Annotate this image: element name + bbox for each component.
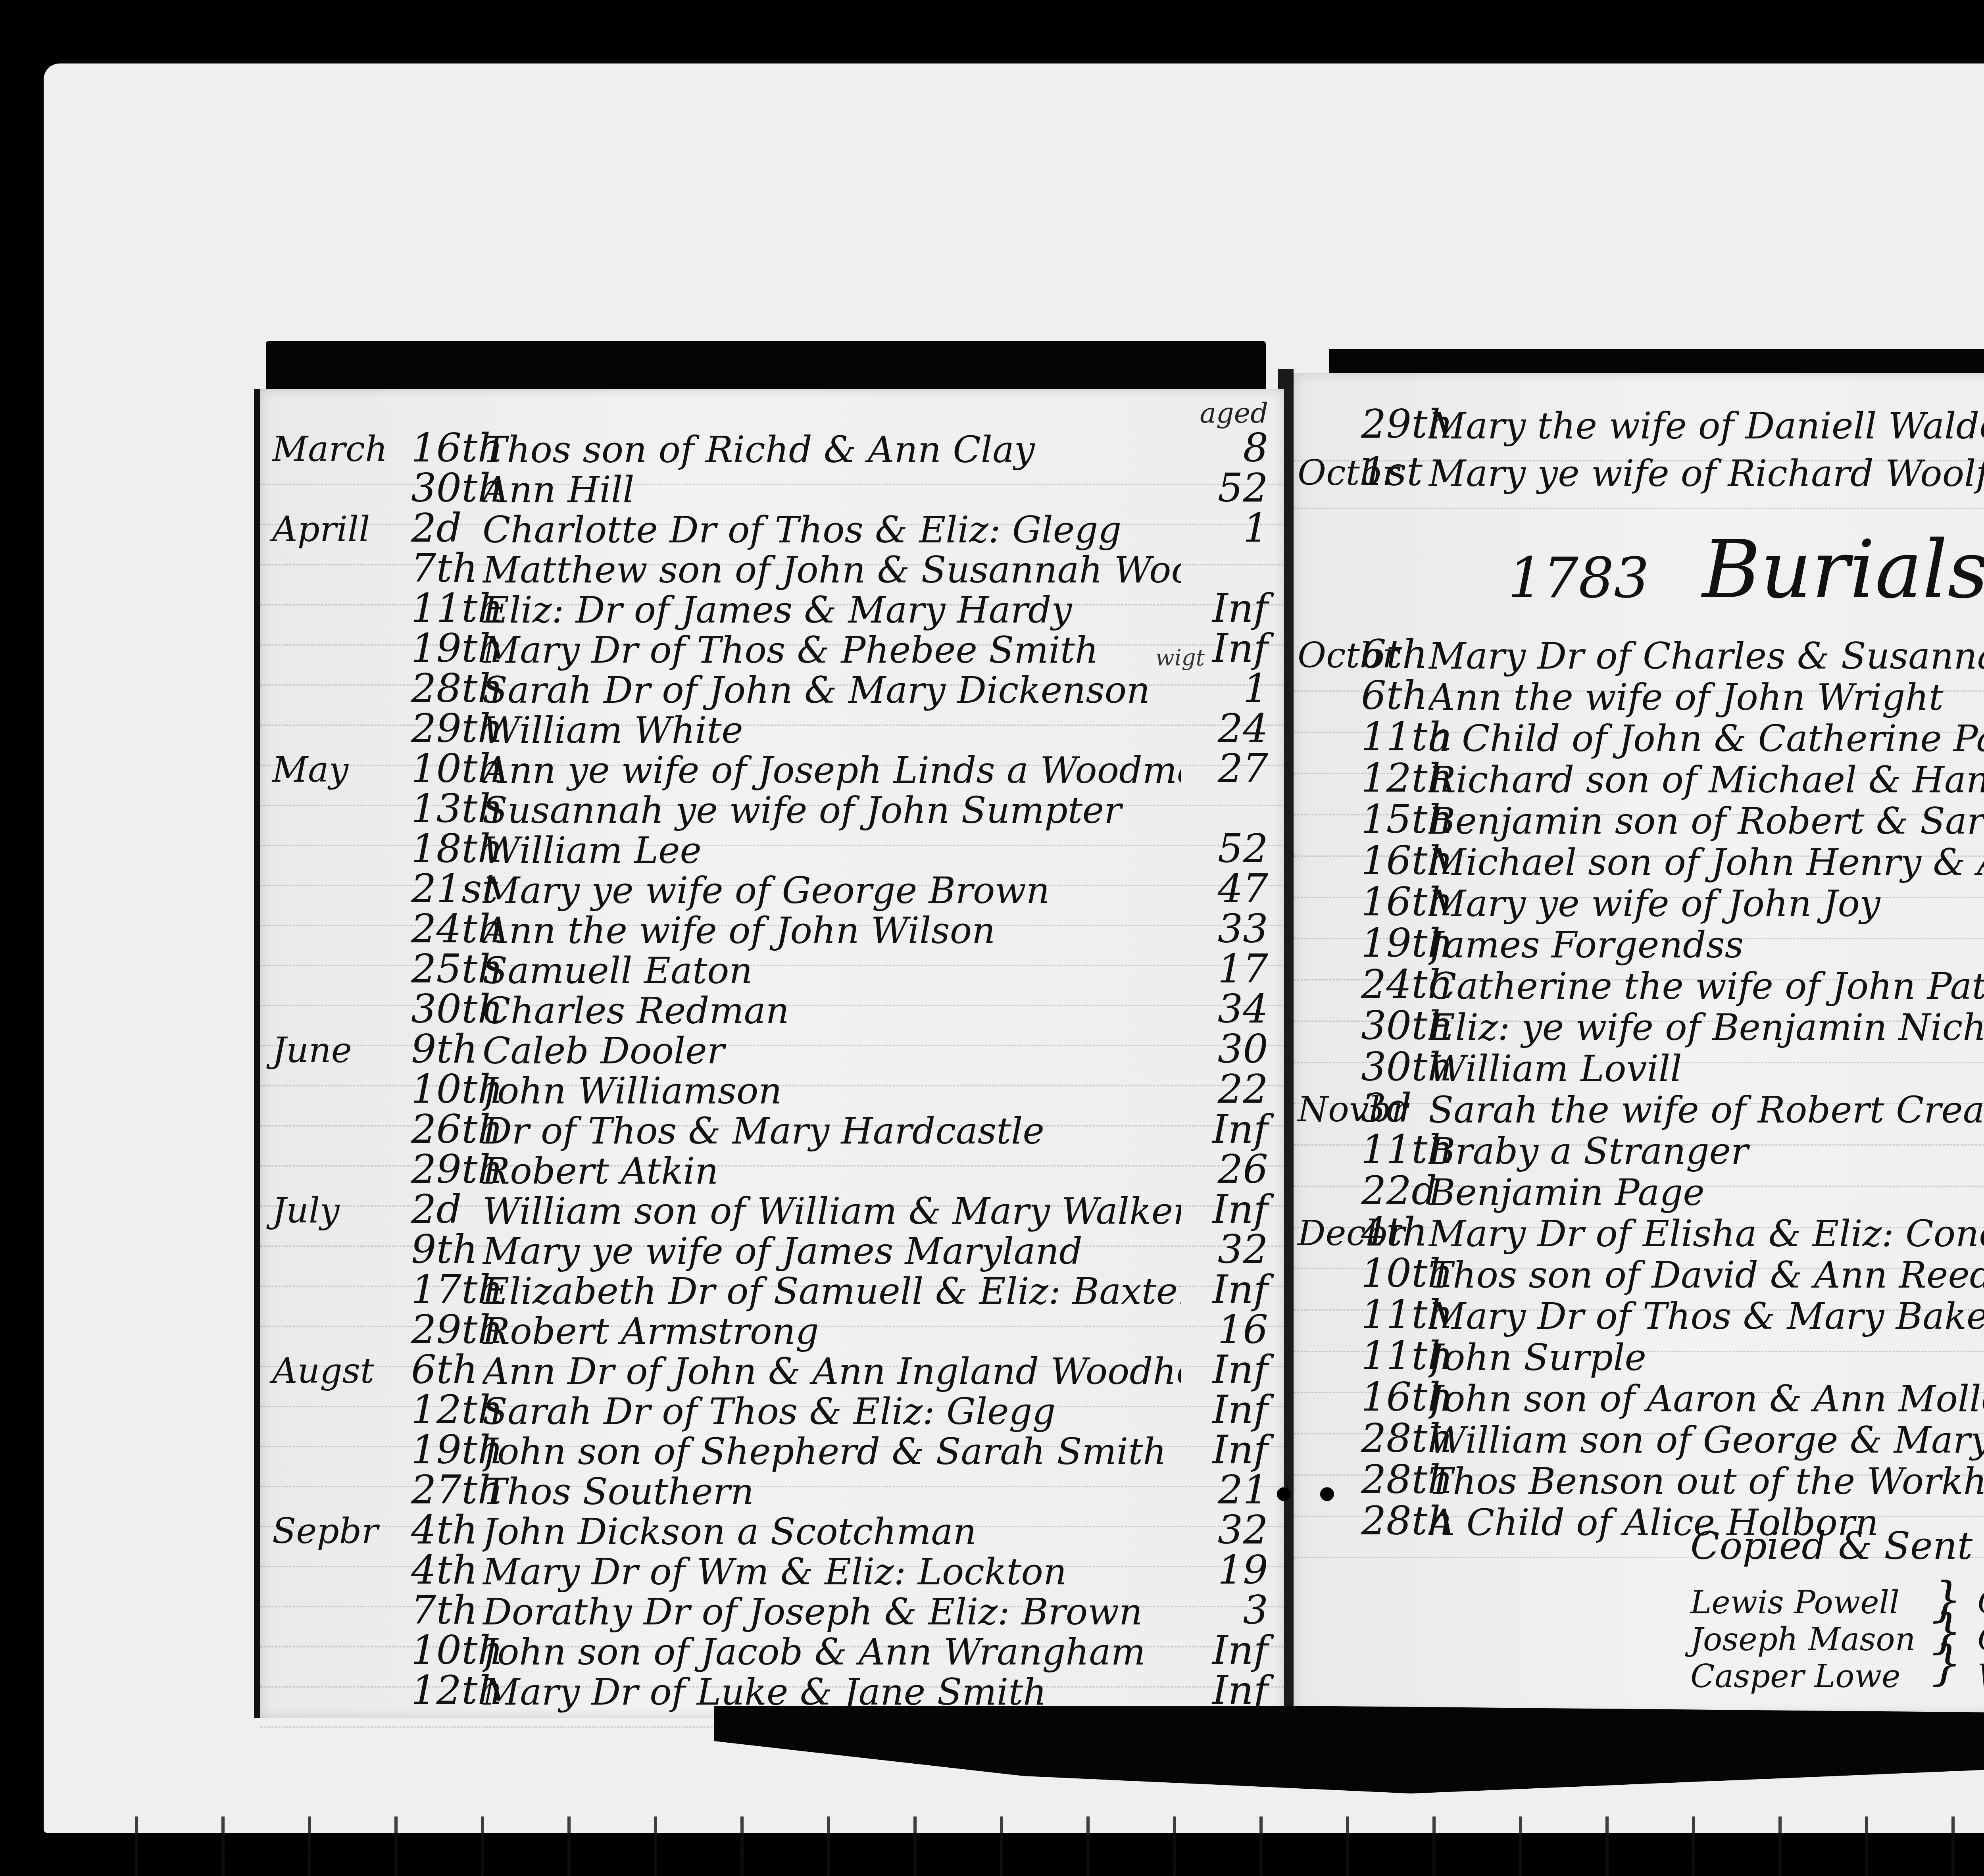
- section-year: 1783: [1508, 546, 1649, 611]
- signatory-names: Lewis Powell Joseph Mason Casper Lowe: [1690, 1584, 1915, 1695]
- signatory-role: Wardens: [1978, 1658, 1984, 1695]
- signoff-block: Copied & Sent to Boston Lewis Powell Jos…: [1690, 1524, 1984, 1695]
- signatories: Lewis Powell Joseph Mason Casper Lowe }}…: [1690, 1584, 1984, 1695]
- entry-text: Mary ye wife of Richard Woolfit: [1428, 452, 1984, 495]
- signatory-name: Casper Lowe: [1690, 1658, 1915, 1695]
- margin-dots: • •: [1270, 1468, 1341, 1523]
- signatory-name: Joseph Mason: [1690, 1621, 1915, 1658]
- entry-day: 1st: [1361, 448, 1423, 495]
- signatory-role: Church: [1978, 1621, 1984, 1658]
- section-heading: Burials: [1702, 524, 1984, 616]
- signatory-role: Curate: [1978, 1584, 1984, 1621]
- section-title: 1783 Burials since the Duty took place: [1508, 524, 1984, 616]
- register-entry: Octbr1stMary ye wife of Richard Woolfit6…: [1294, 444, 1984, 509]
- left-page: aged March16thThos son of Richd & Ann Cl…: [254, 389, 1284, 1718]
- signatory-roles: Curate Church Wardens: [1978, 1584, 1984, 1695]
- brace-glyph: }}}: [1931, 1584, 1961, 1695]
- signatory-name: Lewis Powell: [1690, 1584, 1915, 1621]
- microfilm-ruler-marks: [52, 1816, 1984, 1876]
- entry-text: Mary the wife of Daniell Walden Junr: [1428, 405, 1984, 447]
- right-page: aged 29thMary the wife of Daniell Walden…: [1294, 373, 1984, 1714]
- signoff-line: Copied & Sent to Boston: [1690, 1524, 1984, 1568]
